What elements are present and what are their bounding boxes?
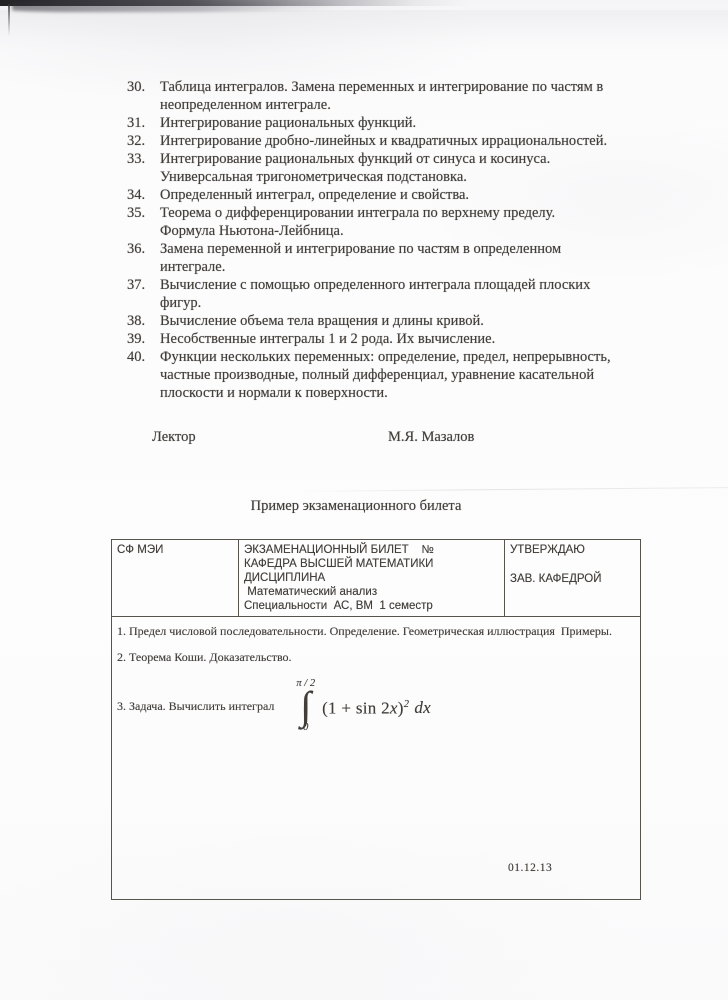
integrand-differential: dx	[414, 698, 431, 717]
topic-number: 38.	[127, 312, 160, 330]
topic-item-35: 35.Теорема о дифференцировании интеграла…	[127, 204, 623, 240]
topic-number: 34.	[127, 186, 160, 204]
topic-item-33: 33.Интегрирование рациональных функций о…	[127, 150, 623, 186]
ticket-header-row: СФ МЭИ ЭКЗАМЕНАЦИОННЫЙ БИЛЕТ № КАФЕДРА В…	[112, 540, 641, 617]
topic-text: Интегрирование дробно-линейных и квадрат…	[160, 132, 612, 150]
topic-item-38: 38.Вычисление объема тела вращения и дли…	[127, 312, 623, 330]
ticket-discipline-label: ДИСЦИПЛИНА	[244, 571, 499, 585]
ticket-dept-head-label: ЗАВ. КАФЕДРОЙ	[510, 572, 635, 586]
ticket-approve-label: УТВЕРЖДАЮ	[510, 543, 635, 557]
scan-faint-line-artifact	[290, 487, 728, 492]
exam-ticket-table: СФ МЭИ ЭКЗАМЕНАЦИОННЫЙ БИЛЕТ № КАФЕДРА В…	[111, 539, 641, 900]
topic-item-37: 37.Вычисление с помощью определенного ин…	[127, 276, 623, 312]
ticket-discipline-value: Математический анализ	[244, 585, 499, 599]
integral-sign-with-limits: π / 2 ∫ 0	[296, 679, 315, 733]
integrand-open: (1 + sin 2	[322, 698, 390, 717]
topic-number: 35.	[127, 204, 160, 240]
example-ticket-heading: Пример экзаменационного билета	[0, 498, 712, 515]
topic-text: Замена переменной и интегрирование по ча…	[160, 240, 612, 276]
integrand-power: 2	[404, 699, 410, 710]
ticket-body-row: 1. Предел числовой последовательности. О…	[112, 617, 641, 900]
topic-number: 37.	[127, 276, 160, 312]
topic-number: 40.	[127, 348, 160, 402]
ticket-questions-cell: 1. Предел числовой последовательности. О…	[112, 617, 641, 900]
lecturer-label: Лектор	[152, 429, 196, 446]
topic-number: 33.	[127, 150, 160, 186]
topic-item-40: 40.Функции нескольких переменных: опреде…	[127, 348, 623, 402]
ticket-dept-line: КАФЕДРА ВЫСШЕЙ МАТЕМАТИКИ	[244, 557, 499, 571]
topic-text: Интегрирование рациональных функций от с…	[160, 150, 612, 186]
topic-item-39: 39.Несобственные интегралы 1 и 2 рода. И…	[127, 330, 623, 348]
scan-shadow-band	[0, 10, 728, 52]
topic-item-30: 30.Таблица интегралов. Замена переменных…	[127, 78, 623, 114]
integral-sign: ∫	[300, 689, 311, 723]
topic-item-36: 36.Замена переменной и интегрирование по…	[127, 240, 623, 276]
topic-text: Несобственные интегралы 1 и 2 рода. Их в…	[160, 330, 612, 348]
ticket-date: 01.12.13	[508, 861, 552, 876]
topic-number: 36.	[127, 240, 160, 276]
lecturer-name: М.Я. Мазалов	[388, 429, 474, 446]
topic-number: 39.	[127, 330, 160, 348]
ticket-specialties-line: Специальности АС, ВМ 1 семестр	[244, 599, 499, 613]
topic-item-31: 31.Интегрирование рациональных функций.	[127, 114, 623, 132]
integrand-variable: x	[390, 698, 398, 717]
scanned-exam-program-page: 30.Таблица интегралов. Замена переменных…	[0, 0, 728, 1000]
integral-lower-limit: 0	[303, 723, 308, 733]
topic-item-32: 32.Интегрирование дробно-линейных и квад…	[127, 132, 623, 150]
topic-item-34: 34.Определенный интеграл, определение и …	[127, 186, 623, 204]
ticket-question-3: 3. Задача. Вычислить интеграл π / 2 ∫ 0 …	[117, 679, 635, 733]
topic-number: 31.	[127, 114, 160, 132]
topic-text: Вычисление объема тела вращения и длины …	[160, 312, 612, 330]
task-label: 3. Задача. Вычислить интеграл	[117, 699, 274, 714]
ticket-approve-cell: УТВЕРЖДАЮ ЗАВ. КАФЕДРОЙ	[505, 540, 641, 617]
integrand-expression: (1 + sin 2x)2dx	[322, 697, 431, 716]
ticket-title-cell: ЭКЗАМЕНАЦИОННЫЙ БИЛЕТ № КАФЕДРА ВЫСШЕЙ М…	[239, 540, 505, 617]
topic-text: Интегрирование рациональных функций.	[160, 114, 612, 132]
topic-text: Таблица интегралов. Замена переменных и …	[160, 78, 612, 114]
topic-list: 30.Таблица интегралов. Замена переменных…	[127, 78, 623, 402]
ticket-title-line: ЭКЗАМЕНАЦИОННЫЙ БИЛЕТ №	[244, 543, 499, 557]
topic-text: Вычисление с помощью определенного интег…	[160, 276, 612, 312]
topic-text: Функции нескольких переменных: определен…	[160, 348, 612, 402]
topic-text: Определенный интеграл, определение и сво…	[160, 186, 612, 204]
topic-text: Теорема о дифференцировании интеграла по…	[160, 204, 612, 240]
ticket-question-2: 2. Теорема Коши. Доказательство.	[117, 650, 635, 665]
topic-number: 32.	[127, 132, 160, 150]
topic-number: 30.	[127, 78, 160, 114]
ticket-org-cell: СФ МЭИ	[112, 540, 239, 617]
ticket-question-1: 1. Предел числовой последовательности. О…	[117, 624, 635, 639]
